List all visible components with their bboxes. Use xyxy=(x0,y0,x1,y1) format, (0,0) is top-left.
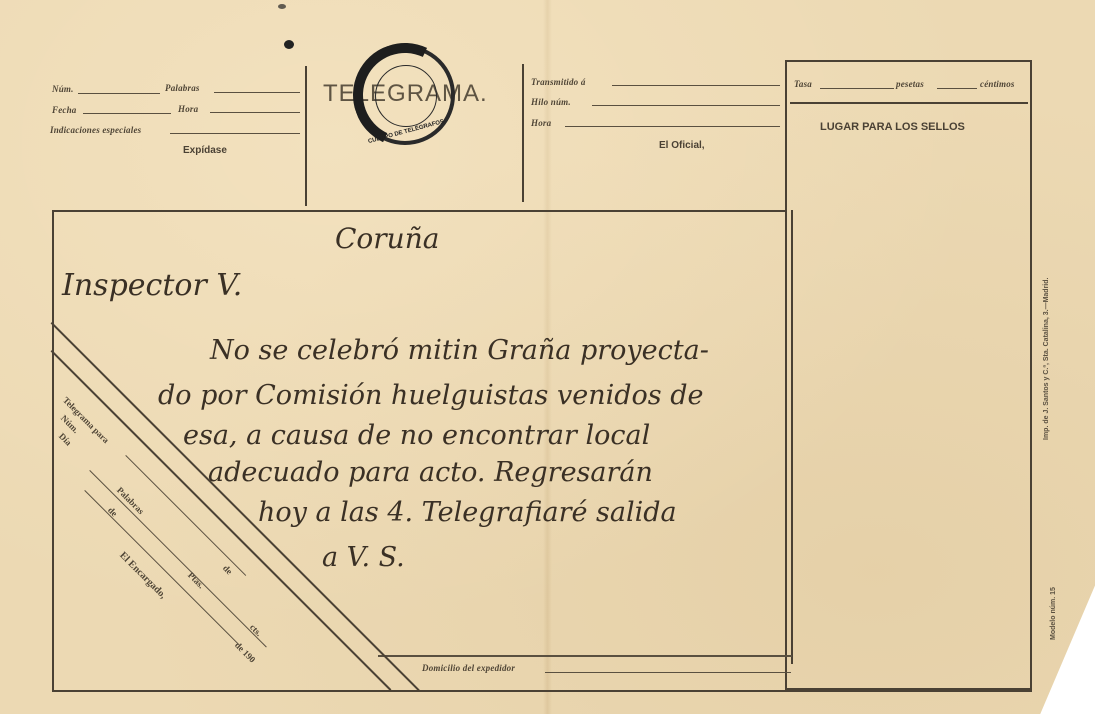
message-line-6: a V. S. xyxy=(322,542,405,573)
centimos-label: céntimos xyxy=(980,79,1015,89)
num-field xyxy=(78,93,160,94)
tasa-label: Tasa xyxy=(794,79,812,89)
corner-de-label: de xyxy=(106,505,119,518)
destination-text: Coruña xyxy=(335,222,439,255)
printer-imprint: Imp. de J. Santos y C.ª, Sta. Catalina, … xyxy=(1043,278,1050,440)
indicaciones-label: Indicaciones especiales xyxy=(50,125,141,135)
palabras-field xyxy=(214,92,300,93)
palabras-label: Palabras xyxy=(165,83,200,93)
fecha-label: Fecha xyxy=(52,105,77,115)
hora-transmision-field xyxy=(565,126,780,127)
fecha-field xyxy=(83,113,171,114)
telegram-form: Núm. Palabras Fecha Hora Indicaciones es… xyxy=(0,0,1095,714)
pesetas-field xyxy=(937,88,977,89)
addressee-text: Inspector V. xyxy=(62,268,242,303)
message-box-right xyxy=(791,210,793,664)
message-line-5: hoy a las 4. Telegrafiaré salida xyxy=(258,497,677,528)
hora-transmision-label: Hora xyxy=(531,118,551,128)
ink-spot xyxy=(284,40,294,49)
message-line-1: No se celebró mitin Graña proyecta- xyxy=(210,335,709,366)
stamp-emblem xyxy=(375,65,437,127)
message-box-bottom xyxy=(52,690,1032,692)
hora-label: Hora xyxy=(178,104,198,114)
hora-field xyxy=(210,112,300,113)
pesetas-label: pesetas xyxy=(896,79,924,89)
hilo-field xyxy=(592,105,780,106)
message-line-4: adecuado para acto. Regresarán xyxy=(208,457,653,488)
ink-spot xyxy=(278,4,286,9)
tasa-divider xyxy=(790,102,1028,104)
dia-label: Día xyxy=(57,431,74,448)
stamps-box-right xyxy=(1030,60,1032,690)
divider xyxy=(305,66,307,206)
encargado-label: El Encargado, xyxy=(117,550,168,601)
domicilio-line-top xyxy=(378,655,792,657)
ptas-label: Ptas. xyxy=(186,570,206,590)
transmitido-label: Transmitido á xyxy=(531,77,586,87)
message-line-2: do por Comisión huelguistas venidos de xyxy=(158,380,703,411)
corner-line xyxy=(84,490,240,646)
domicilio-label: Domicilio del expedidor xyxy=(422,663,515,673)
domicilio-field xyxy=(545,672,791,673)
postmark-stamp: CUERPO DE TELÉGRAFOS xyxy=(355,45,455,145)
divider xyxy=(522,64,524,202)
message-box-top xyxy=(52,210,787,212)
oficial-label: El Oficial, xyxy=(659,140,705,151)
hilo-label: Hilo núm. xyxy=(531,97,571,107)
message-box-left xyxy=(52,210,54,690)
expidase-label: Expídase xyxy=(183,145,227,156)
corner-line xyxy=(89,470,266,647)
num-label: Núm. xyxy=(52,84,74,94)
stamps-box-top xyxy=(785,60,1031,62)
corner-de2-label: de xyxy=(221,563,234,576)
stamps-box-left xyxy=(785,60,787,690)
stamps-place-label: LUGAR PARA LOS SELLOS xyxy=(820,121,965,133)
tasa-field xyxy=(820,88,894,89)
indicaciones-field xyxy=(170,133,300,134)
model-number: Modelo núm. 15 xyxy=(1050,587,1057,640)
message-line-3: esa, a causa de no encontrar local xyxy=(183,420,650,451)
transmitido-field xyxy=(612,85,780,86)
